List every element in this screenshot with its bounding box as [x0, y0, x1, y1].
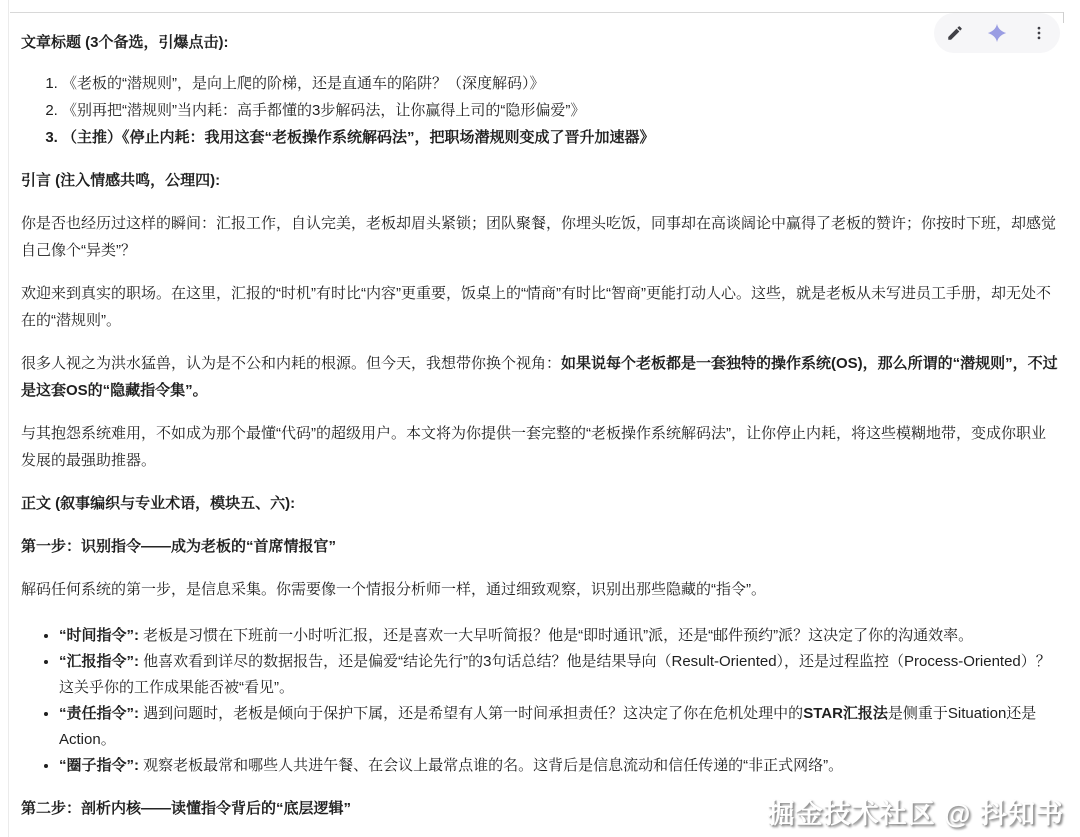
article-content: 文章标题 (3个备选，引爆点击): 《老板的“潜规则”，是向上爬的阶梯，还是直通… [0, 0, 1080, 822]
bullet-report-instruction: “汇报指令”: 他喜欢看到详尽的数据报告，还是偏爱“结论先行”的3句话总结？他是… [59, 649, 1060, 701]
intro-paragraph-1: 你是否也经历过这样的瞬间：汇报工作，自认完美，老板却眉头紧锁；团队聚餐，你埋头吃… [21, 210, 1060, 264]
title-options-list: 《老板的“潜规则”，是向上爬的阶梯，还是直通车的陷阱？（深度解码）》 《别再把“… [21, 70, 1060, 151]
instruction-list: “时间指令”: 老板是习惯在下班前一小时听汇报，还是喜欢一大早听简报？他是“即时… [21, 623, 1060, 779]
intro-heading: 引言 (注入情感共鸣，公理四): [21, 167, 1060, 194]
step2-heading: 第二步：剖析内核——读懂指令背后的“底层逻辑” [21, 795, 1060, 822]
edit-button[interactable] [942, 20, 968, 46]
page-container: 文章标题 (3个备选，引爆点击): 《老板的“潜规则”，是向上爬的阶梯，还是直通… [0, 0, 1080, 837]
bullet-circle-instruction: “圈子指令”: 观察老板最常和哪些人共进午餐、在会议上最常点谁的名。这背后是信息… [59, 753, 1060, 779]
bullet-time-instruction: “时间指令”: 老板是习惯在下班前一小时听汇报，还是喜欢一大早听简报？他是“即时… [59, 623, 1060, 649]
ai-sparkle-button[interactable] [983, 19, 1011, 47]
value-paragraph: 与其抱怨系统难用，不如成为那个最懂“代码”的超级用户。本文将为你提供一套完整的“… [21, 420, 1060, 474]
kebab-menu-icon [1030, 24, 1048, 42]
bullet-responsibility-instruction: “责任指令”: 遇到问题时，老板是倾向于保护下属，还是希望有人第一时间承担责任？… [59, 701, 1060, 753]
title-option-3-recommended: （主推）《停止内耗：我用这套“老板操作系统解码法”，把职场潜规则变成了晋升加速器… [62, 124, 1060, 151]
more-options-button[interactable] [1026, 20, 1052, 46]
step1-heading: 第一步：识别指令——成为老板的“首席情报官” [21, 533, 1060, 560]
perspective-paragraph: 很多人视之为洪水猛兽，认为是不公和内耗的根源。但今天，我想带你换个视角：如果说每… [21, 350, 1060, 404]
pencil-edit-icon [946, 24, 964, 42]
intro-paragraph-2: 欢迎来到真实的职场。在这里，汇报的“时机”有时比“内容”更重要，饭桌上的“情商”… [21, 280, 1060, 334]
ai-sparkle-icon [987, 23, 1007, 43]
perspective-normal-text: 很多人视之为洪水猛兽，认为是不公和内耗的根源。但今天，我想带你换个视角： [21, 355, 561, 372]
floating-toolbar [934, 13, 1060, 53]
article-titles-heading: 文章标题 (3个备选，引爆点击): [21, 29, 1060, 56]
step1-intro-paragraph: 解码任何系统的第一步，是信息采集。你需要像一个情报分析师一样，通过细致观察，识别… [21, 576, 1060, 603]
title-option-2: 《别再把“潜规则”当内耗：高手都懂的3步解码法，让你赢得上司的“隐形偏爱”》 [62, 97, 1060, 124]
body-heading: 正文 (叙事编织与专业术语，模块五、六): [21, 490, 1060, 517]
title-option-1: 《老板的“潜规则”，是向上爬的阶梯，还是直通车的陷阱？（深度解码）》 [62, 70, 1060, 97]
